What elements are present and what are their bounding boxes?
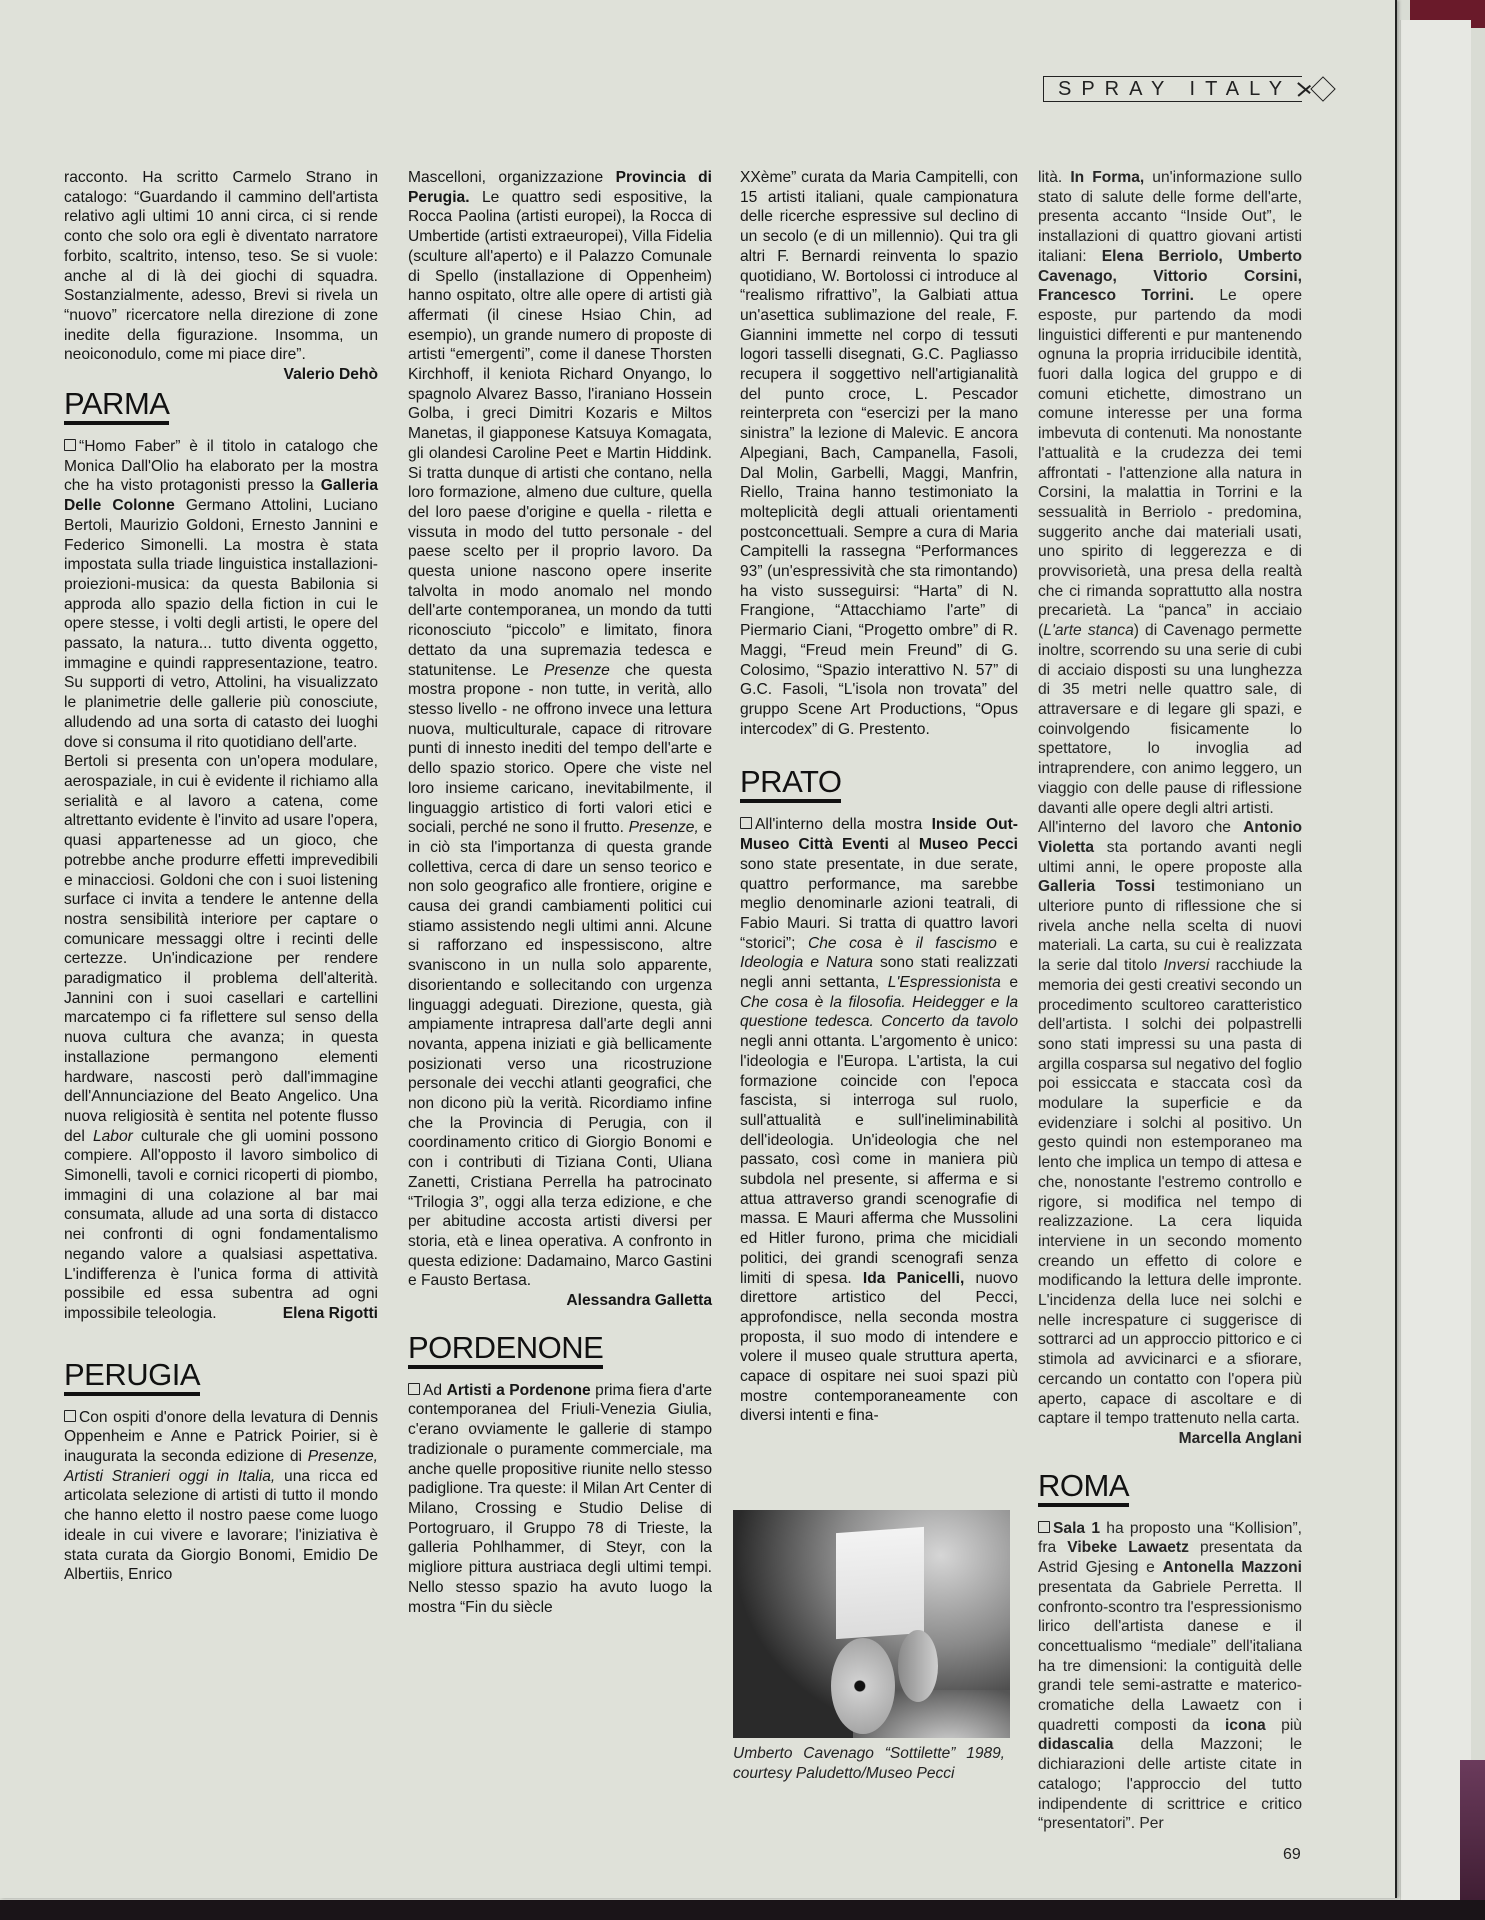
article-paragraph: All'interno del lavoro che Antonio Viole… <box>1038 818 1302 1429</box>
photo-caption: Umberto Cavenago “Sottilette” 1989, cour… <box>733 1744 1005 1784</box>
section-heading-parma: PARMA <box>64 387 169 425</box>
backdrop-bottom <box>0 1900 1485 1920</box>
artwork-photo <box>733 1510 1010 1738</box>
running-head-label: SPRAY ITALY <box>1043 76 1302 102</box>
article-paragraph: Sala 1 ha proposto una “Kollision”, fra … <box>1038 1519 1302 1834</box>
article-paragraph: XXème” curata da Maria Campitelli, con 1… <box>740 168 1018 739</box>
section-heading-pordenone: PORDENONE <box>408 1331 603 1369</box>
article-paragraph: “Homo Faber” è il titolo in catalogo che… <box>64 437 378 752</box>
section-heading-prato: PRATO <box>740 765 841 803</box>
author-signature: Valerio Dehò <box>284 365 378 385</box>
running-head: SPRAY ITALY <box>1043 76 1332 102</box>
article-paragraph: Ad Artisti a Pordenone prima fiera d'art… <box>408 1381 712 1617</box>
square-bullet-icon <box>740 817 752 829</box>
underlying-page-edge <box>1400 20 1471 1900</box>
article-paragraph: racconto. Ha scritto Carmelo Strano in c… <box>64 168 378 365</box>
column-1: racconto. Ha scritto Carmelo Strano in c… <box>64 168 378 1585</box>
square-bullet-icon <box>64 1410 76 1422</box>
page-number: 69 <box>1283 1846 1301 1864</box>
author-signature: Alessandra Galletta <box>408 1291 712 1311</box>
magazine-page: SPRAY ITALY racconto. Ha scritto Carmelo… <box>0 0 1397 1898</box>
article-paragraph: lità. In Forma, un'informazione sullo st… <box>1038 168 1302 818</box>
square-bullet-icon <box>1038 1521 1050 1533</box>
column-4: lità. In Forma, un'informazione sullo st… <box>1038 168 1302 1834</box>
section-heading-perugia: PERUGIA <box>64 1358 200 1396</box>
square-bullet-icon <box>408 1383 420 1395</box>
column-3: XXème” curata da Maria Campitelli, con 1… <box>740 168 1018 1426</box>
column-2: Mascelloni, organizzazione Provincia di … <box>408 168 712 1617</box>
square-bullet-icon <box>64 439 76 451</box>
article-paragraph: Bertoli si presenta con un'opera modular… <box>64 752 378 1323</box>
section-heading-roma: ROMA <box>1038 1469 1129 1507</box>
article-paragraph: All'interno della mostra Inside Out-Muse… <box>740 815 1018 1426</box>
author-signature: Marcella Anglani <box>1038 1429 1302 1449</box>
article-paragraph: Mascelloni, organizzazione Provincia di … <box>408 168 712 1291</box>
article-paragraph: Con ospiti d'onore della levatura di Den… <box>64 1408 378 1585</box>
author-signature: Elena Rigotti <box>283 1304 378 1324</box>
backdrop-right <box>1460 1760 1485 1920</box>
